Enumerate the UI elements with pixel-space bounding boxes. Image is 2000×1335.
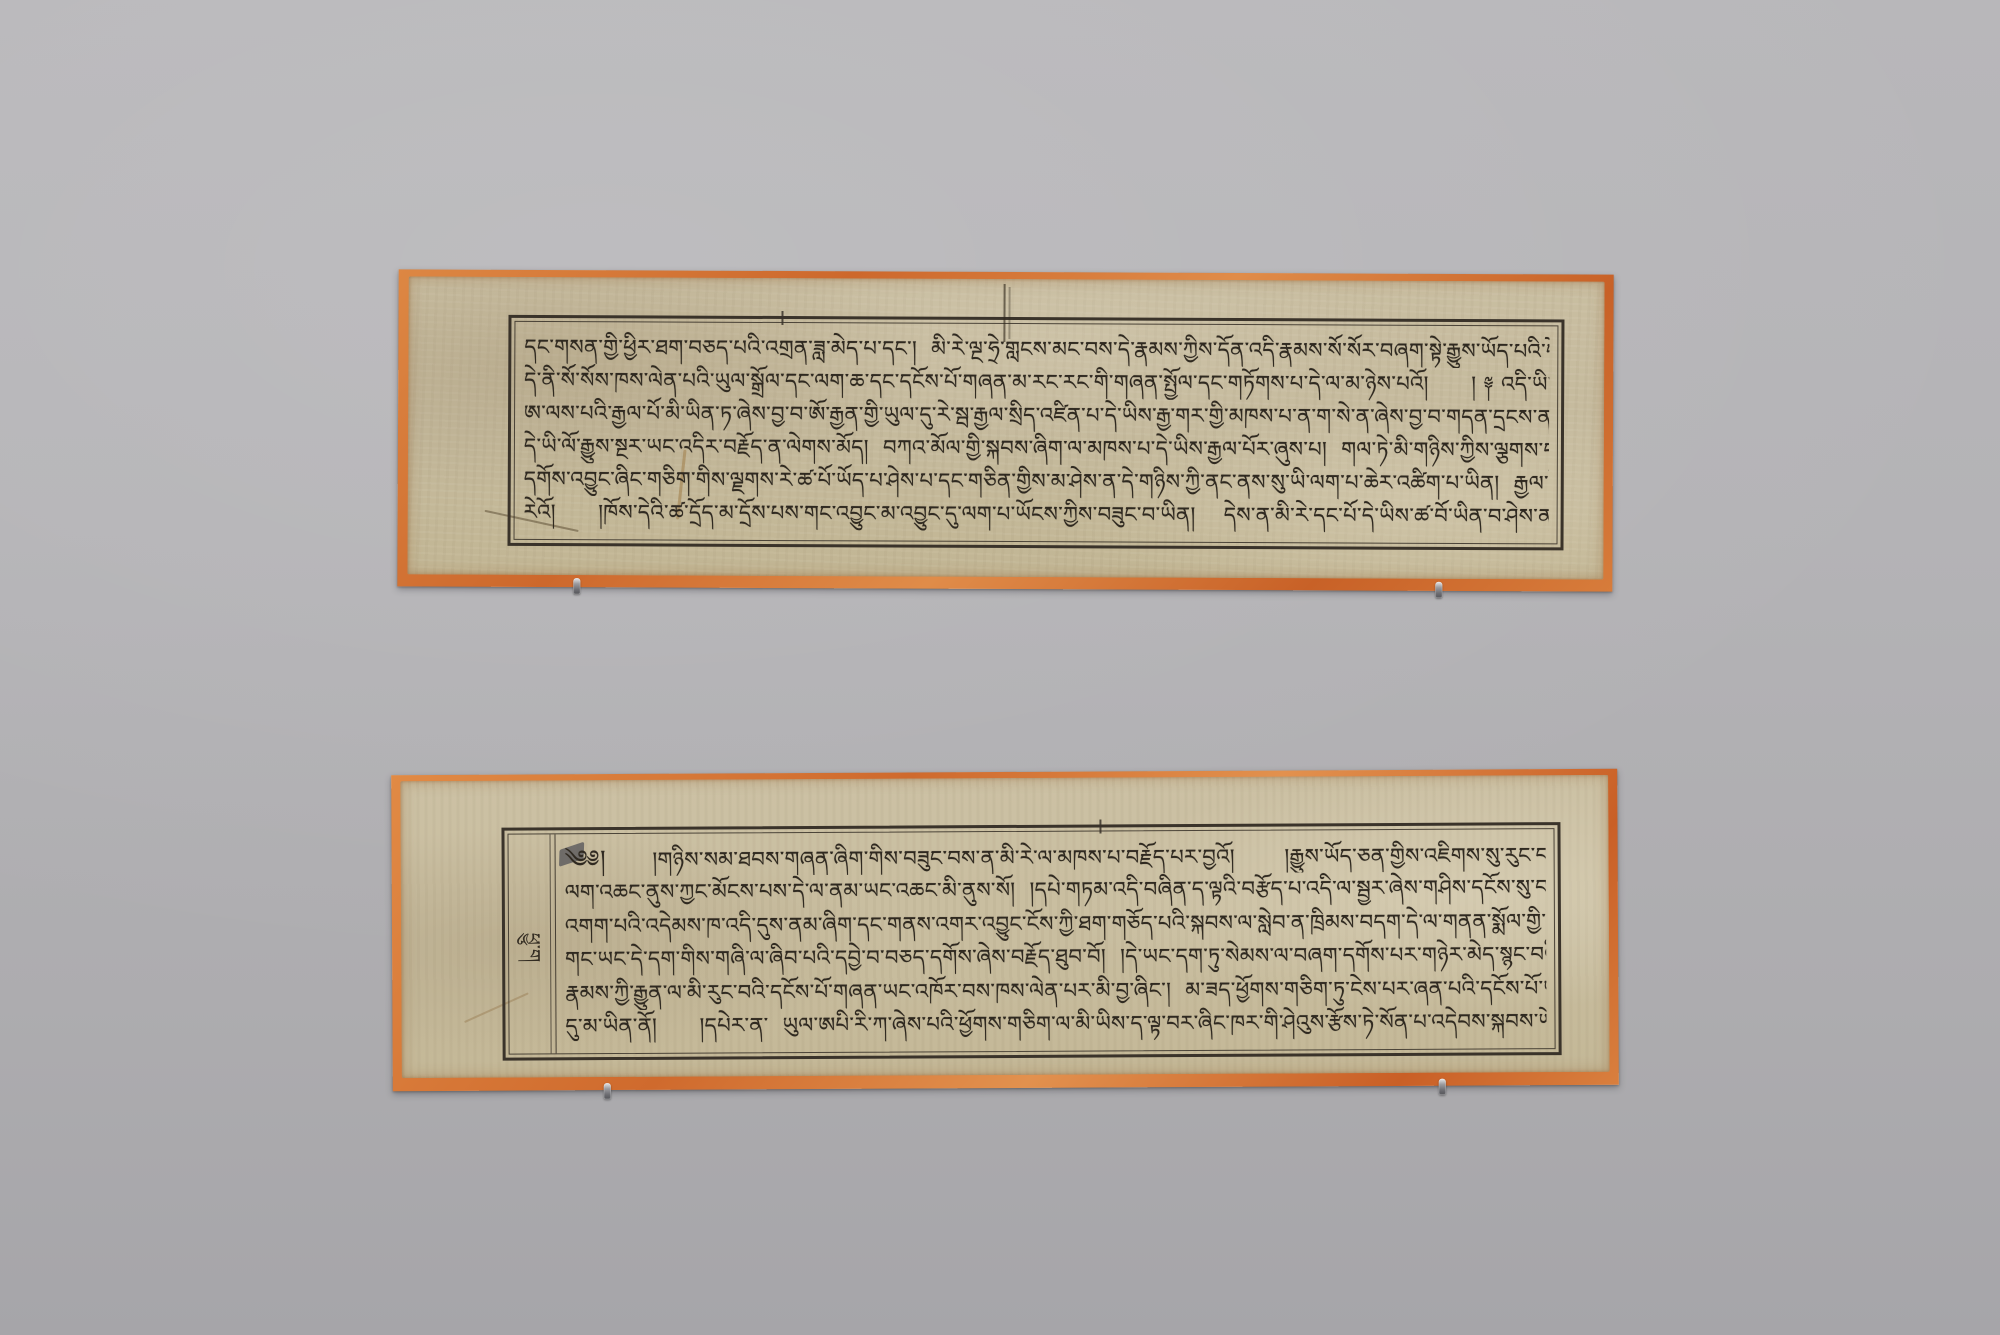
text-line: དེ་ཡི་ལོ་རྒྱུས་སྔར་ཡང་འདིར་བརྗོད་ན་ལེགས་… <box>524 430 1549 467</box>
top-text-frame: དང་གསན་གྱི་ཕྱིར་ཐག་བཅད་པའི་འགྲན་ཟླ་མེད་པ… <box>507 315 1564 551</box>
mounting-pin <box>573 578 580 594</box>
text-line: ༄༅།།གཉིས་སམ་ཐབས་གཞན་ཞིག་གིས་བཟུང་བས་ན་མི… <box>565 838 1546 876</box>
text-line: ཨ་ལས་པའི་རྒྱལ་པོ་མི་ཡིན་ཏ་ཞེས་བྱ་བ་ཨོ་རྒ… <box>524 397 1549 434</box>
text-line: དགོས་འབྱུང་ཞིང་གཅིག་གིས་ལྗགས་རེ་ཚ་པོ་ཡོད… <box>524 463 1549 500</box>
text-line-content: །གཉིས་སམ་ཐབས་གཞན་ཞིག་གིས་བཟུང་བས་ན་མི་རེ… <box>652 842 1545 872</box>
text-line: གང་ཡང་དེ་དག་གིས་གཞི་ལ་ཞིབ་པའི་དབྱེ་བ་བཅད… <box>565 938 1546 976</box>
top-folio-paper: དང་གསན་གྱི་ཕྱིར་ཐག་བཅད་པའི་འགྲན་ཟླ་མེད་པ… <box>407 276 1604 579</box>
top-text-frame-inner: དང་གསན་གྱི་ཕྱིར་ཐག་བཅད་པའི་འགྲན་ཟླ་མེད་པ… <box>514 321 1559 545</box>
margin-panel: ཕྱུ་ག <box>508 834 556 1053</box>
bottom-folio-paper: ཕྱུ་ག ༄༅།།གཉིས་སམ་ཐབས་གཞན་ཞིག་གིས་བཟུང་བ… <box>400 775 1610 1078</box>
text-line: དུ་མ་ཡིན་ནོ། །དཔེར་ན་ ཡུལ་ཨཔི་རི་ཀ་ཞེས་པ… <box>565 1005 1546 1043</box>
paper-crack <box>1008 287 1010 339</box>
text-line: དང་གསན་གྱི་ཕྱིར་ཐག་བཅད་པའི་འགྲན་ཟླ་མེད་པ… <box>524 331 1549 368</box>
top-text-block: དང་གསན་གྱི་ཕྱིར་ཐག་བཅད་པའི་འགྲན་ཟླ་མེད་པ… <box>524 331 1550 533</box>
bottom-text-block: ༄༅།།གཉིས་སམ་ཐབས་གཞན་ཞིག་གིས་བཟུང་བས་ན་མི… <box>565 838 1547 1043</box>
text-line: རེའོ། །ཁོས་དེའི་ཚ་དྲོད་མ་དྲོས་པས་གང་འབྱུ… <box>524 496 1549 533</box>
text-line: ལག་འཆང་ནུས་ཀྱང་མོངས་པས་དེ་ལ་ནམ་ཡང་འཆང་མི… <box>565 872 1546 910</box>
top-folio: དང་གསན་གྱི་ཕྱིར་ཐག་བཅད་པའི་འགྲན་ཟླ་མེད་པ… <box>397 269 1613 591</box>
bottom-text-frame: ཕྱུ་ག ༄༅།།གཉིས་སམ་ཐབས་གཞན་ཞིག་གིས་བཟུང་བ… <box>501 822 1561 1061</box>
bottom-text-frame-inner: ཕྱུ་ག ༄༅།།གཉིས་སམ་ཐབས་གཞན་ཞིག་གིས་བཟུང་བ… <box>507 828 1555 1054</box>
paper-crack <box>1003 284 1005 342</box>
yig-mgo-ornament: ༄༅། <box>565 845 607 873</box>
margin-label: ཕྱུ་ག <box>501 933 555 963</box>
text-line: རྣམས་ཀྱི་རྒྱུན་ལ་མི་རུང་བའི་དངོས་པོ་གཞན་… <box>565 972 1546 1010</box>
text-line: དེ་ནི་སོ་སོས་ཁས་ལེན་པའི་ཡུལ་སྒྲོལ་དང་ལག་… <box>524 364 1549 401</box>
photo-stage: དང་གསན་གྱི་ཕྱིར་ཐག་བཅད་པའི་འགྲན་ཟླ་མེད་པ… <box>0 0 2000 1335</box>
mounting-pin <box>1435 582 1442 598</box>
mounting-pin <box>1439 1079 1446 1095</box>
text-line: འགག་པའི་འདེམས་ཁ་འདི་དུས་ནམ་ཞིག་དང་གནས་འག… <box>565 905 1546 943</box>
mounting-pin <box>604 1083 611 1099</box>
bottom-folio: ཕྱུ་ག ༄༅།།གཉིས་སམ་ཐབས་གཞན་ཞིག་གིས་བཟུང་བ… <box>391 769 1619 1091</box>
